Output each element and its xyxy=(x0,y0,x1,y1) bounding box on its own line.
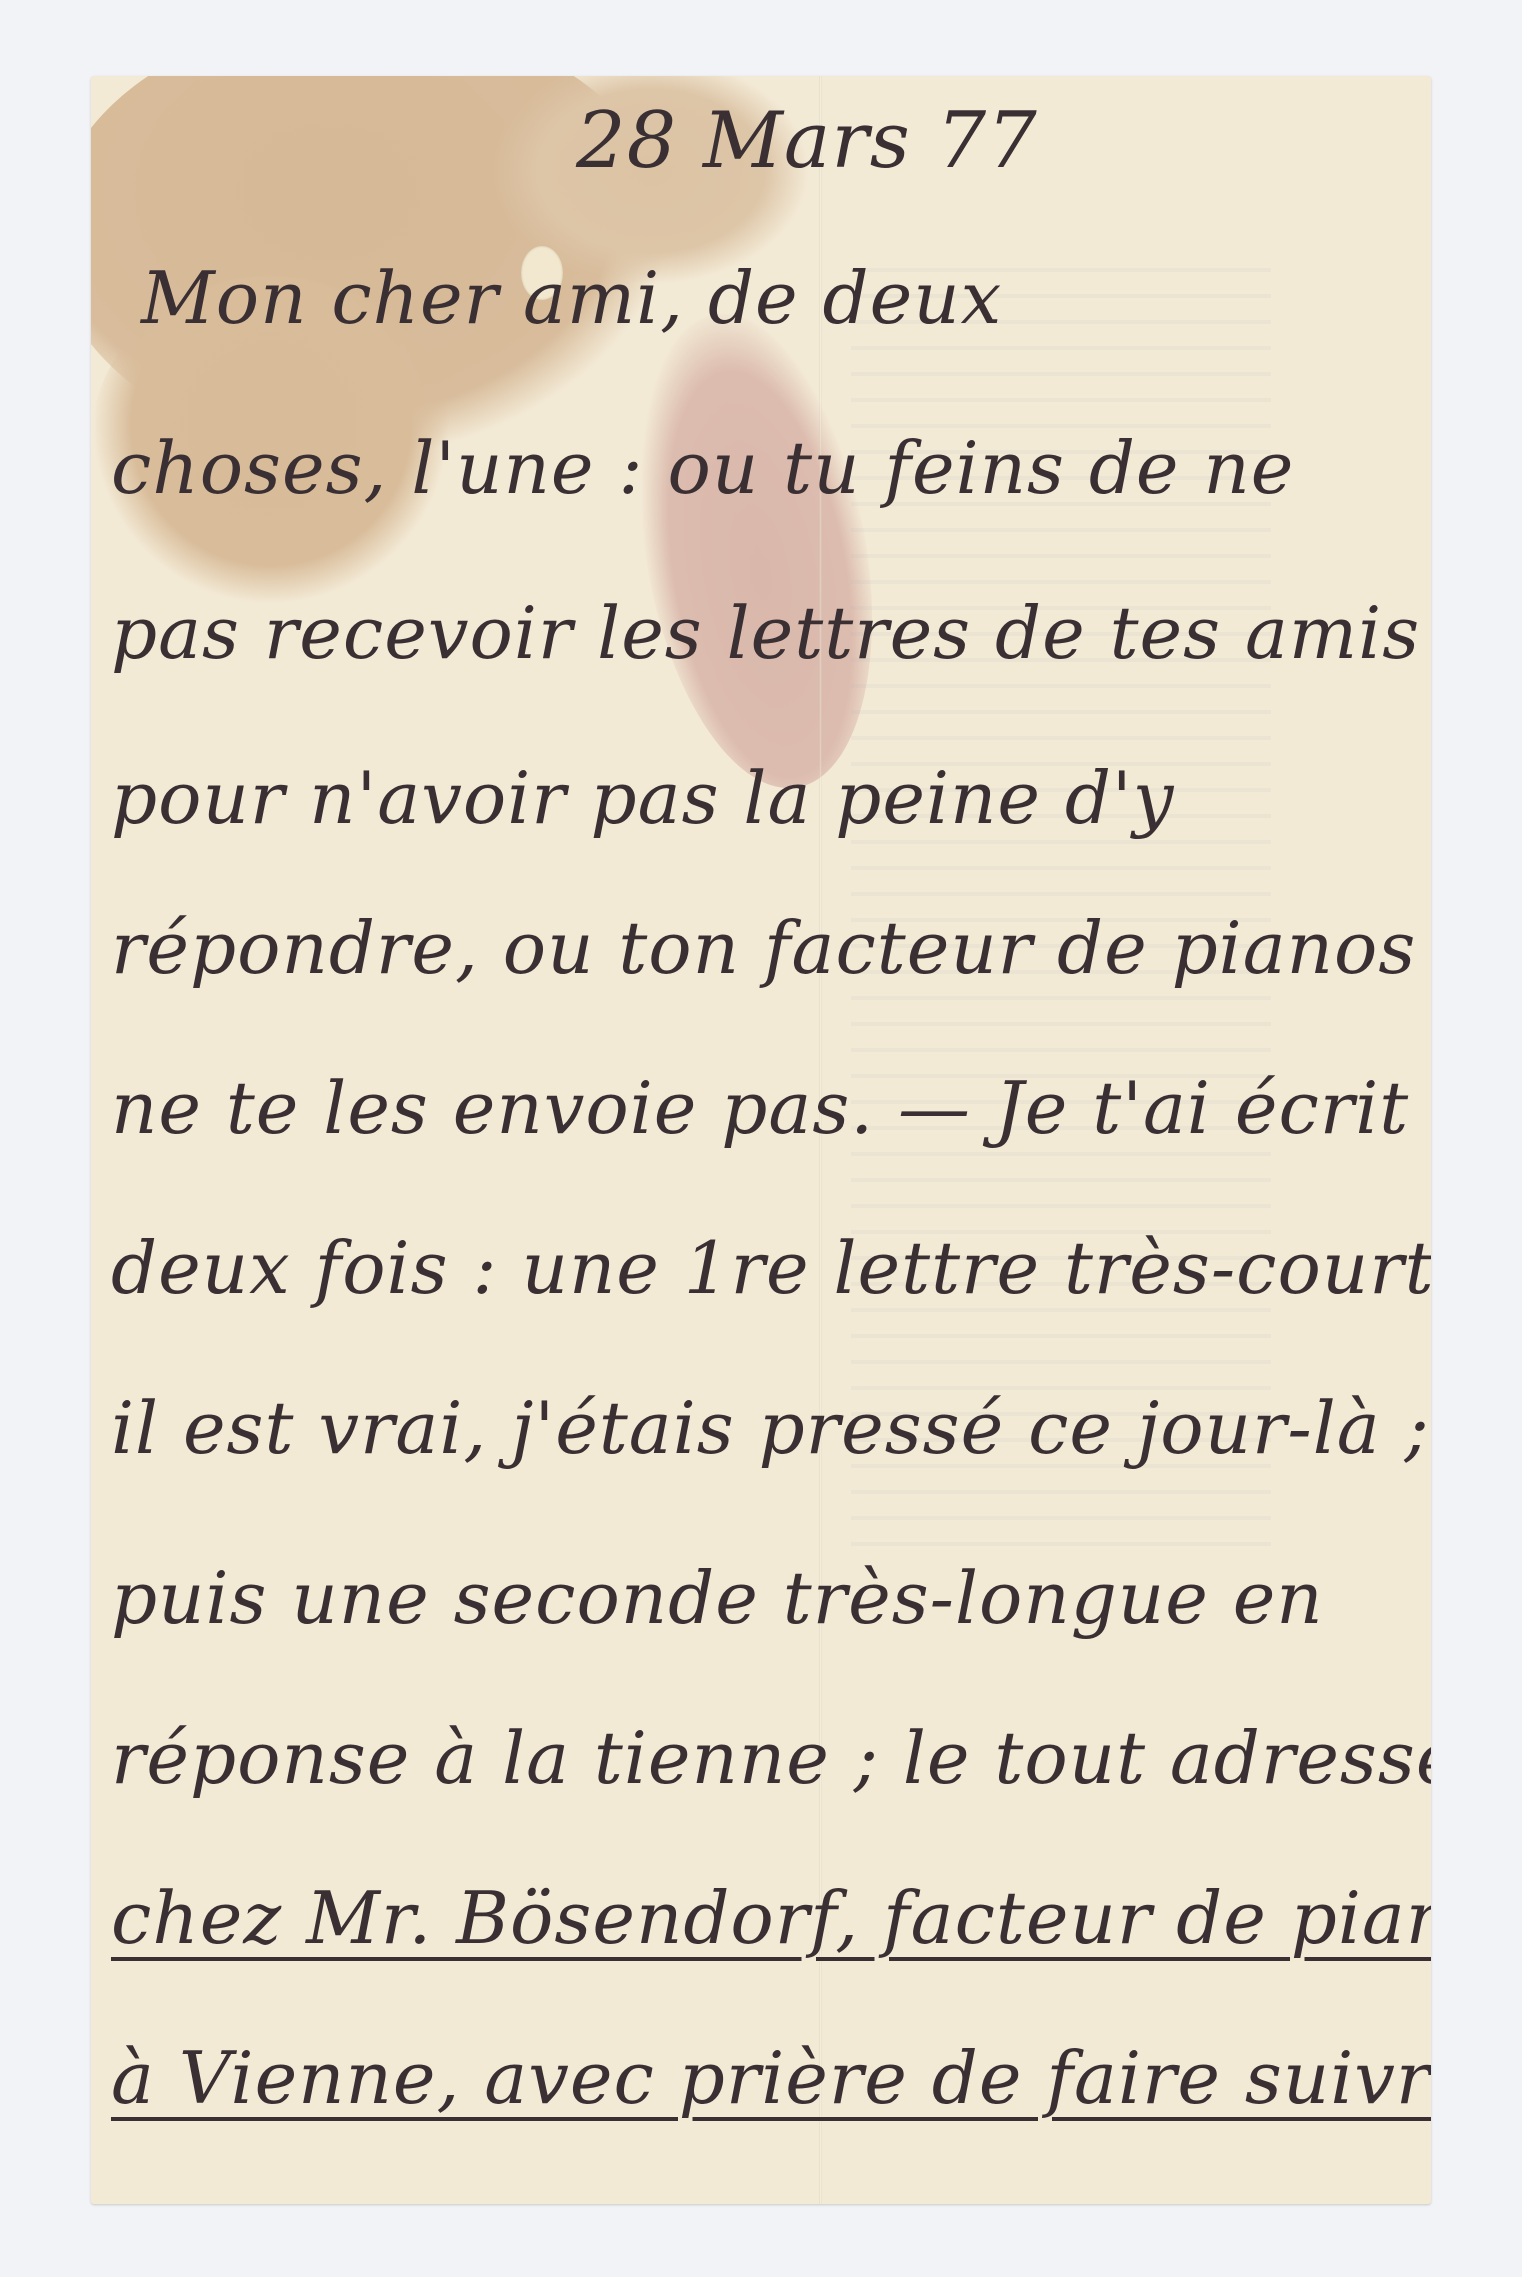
letter-line-underlined: chez Mr. Bösendorf, facteur de pianos xyxy=(111,1876,1431,1960)
letter-line-underlined: à Vienne, avec prière de faire suivre. xyxy=(111,2036,1431,2120)
letter-paper: 28 Mars 77 Mon cher ami, de deux choses,… xyxy=(91,76,1431,2204)
letter-line: deux fois : une 1re lettre très-courte xyxy=(111,1226,1431,1310)
letter-line: puis une seconde très-longue en xyxy=(111,1556,1324,1640)
letter-line: pas recevoir les lettres de tes amis xyxy=(111,591,1420,675)
letter-date: 28 Mars 77 xyxy=(576,96,1038,186)
letter-line: pour n'avoir pas la peine d'y xyxy=(111,756,1174,840)
letter-line: répondre, ou ton facteur de pianos xyxy=(111,906,1416,990)
letter-line: Mon cher ami, de deux xyxy=(141,256,1002,340)
letter-line: réponse à la tienne ; le tout adressé xyxy=(111,1716,1431,1800)
letter-line: choses, l'une : ou tu feins de ne xyxy=(111,426,1294,510)
letter-line: ne te les envoie pas. — Je t'ai écrit xyxy=(111,1066,1409,1150)
letter-line: il est vrai, j'étais pressé ce jour-là ; xyxy=(111,1386,1430,1470)
